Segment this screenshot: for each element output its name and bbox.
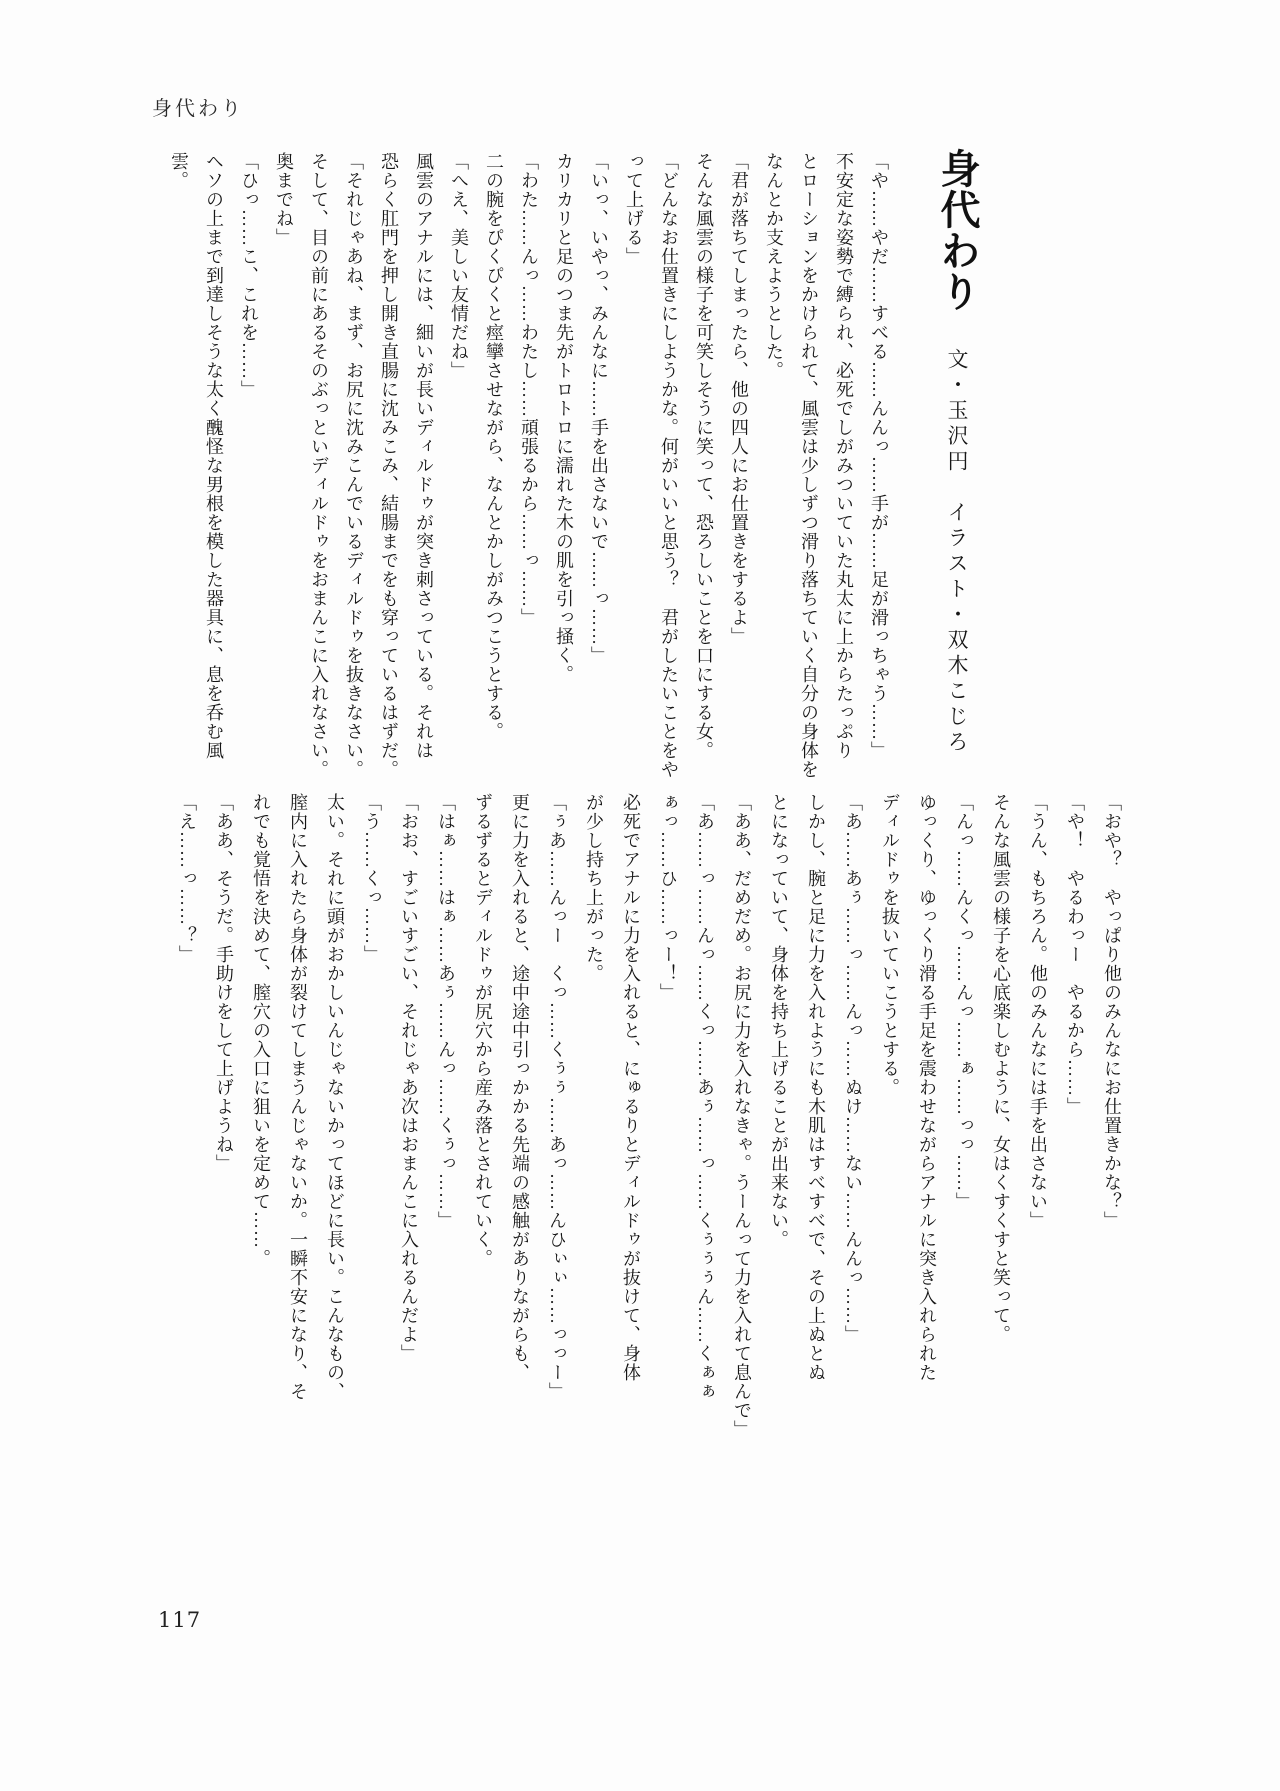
text-column: 「おや？ やっぱり他のみんなにお仕置きかな？」 bbox=[1093, 793, 1130, 1465]
text-column: 「へえ、美しい友情だね」 bbox=[441, 152, 476, 800]
text-column: 「おお、すごいすごい、それじゃあ次はおまんこに入れるんだよ」 bbox=[390, 793, 427, 1465]
text-column: 「ひっ……こ、これを……」 bbox=[231, 152, 266, 800]
text-column: 「あ……あぅ……っ……んっ……ぬけ……ない……んんっ……」 bbox=[834, 793, 871, 1465]
text-column: 「うん、もちろん。他のみんなには手を出さない」 bbox=[1019, 793, 1056, 1465]
text-column: 「う……くっ……」 bbox=[353, 793, 390, 1465]
text-column: 必死でアナルに力を入れると、にゅるりとディルドゥが抜けて、身体 bbox=[612, 793, 649, 1465]
text-column: 雲。 bbox=[161, 152, 196, 800]
text-column: 恐らく肛門を押し開き直腸に沈みこみ、結腸までをも穿っているはずだ。 bbox=[371, 152, 406, 800]
text-column: 「ああ、そうだ。手助けをして上げようね」 bbox=[205, 793, 242, 1465]
text-column: とになっていて、身体を持ち上げることが出来ない。 bbox=[760, 793, 797, 1465]
text-column: 「それじゃあね、まず、お尻に沈みこんでいるディルドゥを抜きなさい。 bbox=[336, 152, 371, 800]
text-column: 膣内に入れたら身体が裂けてしまうんじゃないか。一瞬不安になり、そ bbox=[279, 793, 316, 1465]
text-column: 「いっ、いやっ、みんなに……手を出さないで……っ……」 bbox=[581, 152, 616, 800]
text-column: 「どんなお仕置きにしようかな。何がいいと思う？ 君がしたいことをや bbox=[651, 152, 686, 800]
text-column: ずるずるとディルドゥが尻穴から産み落とされていく。 bbox=[464, 793, 501, 1465]
page-number: 117 bbox=[158, 1608, 201, 1632]
document-page: 身代わり 身代わり 文・玉沢円 イラスト・双木こじろ 「や……やだ……すべる……… bbox=[0, 0, 1280, 1791]
author-credit: 文・玉沢円 イラスト・双木こじろ bbox=[942, 348, 972, 756]
text-column: が少し持ち上がった。 bbox=[575, 793, 612, 1465]
text-column: って上げる」 bbox=[616, 152, 651, 800]
text-column: 更に力を入れると、途中途中引っかかる先端の感触がありながらも、 bbox=[501, 793, 538, 1465]
text-column: ヘソの上まで到達しそうな太く醜怪な男根を模した器具に、息を呑む風 bbox=[196, 152, 231, 800]
text-column: ゆっくり、ゆっくり滑る手足を震わせながらアナルに突き入れられた bbox=[908, 793, 945, 1465]
text-column: 「んっ……んくっ……んっ……ぁ……っっ……」 bbox=[945, 793, 982, 1465]
text-column: 「ぅあ……んっー くっ……くぅぅ……あっ……んひぃぃ……っっー」 bbox=[538, 793, 575, 1465]
text-column: カリカリと足のつま先がトロトロに濡れた木の肌を引っ掻く。 bbox=[546, 152, 581, 800]
text-column: 二の腕をぴくぴくと痙攣させながら、なんとかしがみつこうとする。 bbox=[476, 152, 511, 800]
text-column: 奥までね」 bbox=[266, 152, 301, 800]
text-column: しかし、腕と足に力を入れようにも木肌はすべすべで、その上ぬとぬ bbox=[797, 793, 834, 1465]
text-column: そして、目の前にあるそのぶっといディルドゥをおまんこに入れなさい。 bbox=[301, 152, 336, 800]
running-header: 身代わり bbox=[152, 92, 244, 121]
text-column: れでも覚悟を決めて、膣穴の入口に狙いを定めて……。 bbox=[242, 793, 279, 1465]
text-column: そんな風雲の様子を心底楽しむように、女はくすくすと笑って。 bbox=[982, 793, 1019, 1465]
text-column: そんな風雲の様子を可笑しそうに笑って、恐ろしいことを口にする女。 bbox=[686, 152, 721, 800]
body-text-upper-section: 「や……やだ……すべる……んんっ……手が……足が滑っちゃう……」不安定な姿勢で縛… bbox=[130, 152, 896, 800]
story-title: 身代わり bbox=[929, 148, 986, 312]
text-column: 「や！ やるわっー やるから……」 bbox=[1056, 793, 1093, 1465]
text-column: 風雲のアナルには、細いが長いディルドゥが突き刺さっている。それは bbox=[406, 152, 441, 800]
text-column: 「あ……っ……んっ……くっ……あぅ……っ……くぅぅぅん……くぁぁ bbox=[686, 793, 723, 1465]
text-column: 「え……っ……？」 bbox=[168, 793, 205, 1465]
text-column: 「はぁ……はぁ……あぅ……んっ……くぅっ……」 bbox=[427, 793, 464, 1465]
text-column: 「君が落ちてしまったら、他の四人にお仕置きをするよ」 bbox=[721, 152, 756, 800]
text-column: 「ああ、だめだめ。お尻に力を入れなきゃ。うーんって力を入れて息んで」 bbox=[723, 793, 760, 1465]
text-column: なんとか支えようとした。 bbox=[756, 152, 791, 800]
text-column: 太い。それに頭がおかしいんじゃないかってほどに長い。こんなもの、 bbox=[316, 793, 353, 1465]
text-column: とローションをかけられて、風雲は少しずつ滑り落ちていく自分の身体を bbox=[791, 152, 826, 800]
text-column: 「わた……んっ……わたし……頑張るから……っ……」 bbox=[511, 152, 546, 800]
text-column: 「や……やだ……すべる……んんっ……手が……足が滑っちゃう……」 bbox=[861, 152, 896, 800]
text-column: ディルドゥを抜いていこうとする。 bbox=[871, 793, 908, 1465]
text-column: 不安定な姿勢で縛られ、必死でしがみついていた丸太に上からたっぷり bbox=[826, 152, 861, 800]
body-text-lower-section: 「おや？ やっぱり他のみんなにお仕置きかな？」「や！ やるわっー やるから……」… bbox=[144, 793, 1130, 1465]
text-column: ぁっ……ひ……っー！」 bbox=[649, 793, 686, 1465]
